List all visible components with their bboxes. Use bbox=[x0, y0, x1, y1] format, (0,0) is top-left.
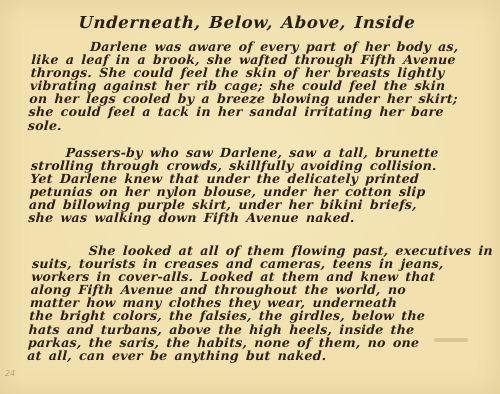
page-number: 24 bbox=[5, 369, 15, 378]
scan-smudge bbox=[434, 338, 468, 342]
text-line: and billowing purple skirt, under her bi… bbox=[29, 198, 474, 211]
manuscript-page: Underneath, Below, Above, Inside Darlene… bbox=[0, 0, 500, 394]
text-line: sole. bbox=[28, 119, 473, 132]
text-line: at all, can ever be anything but naked. bbox=[27, 349, 472, 362]
paragraph-3: She looked at all of them flowing past, … bbox=[27, 244, 477, 362]
page-title: Underneath, Below, Above, Inside bbox=[60, 13, 435, 32]
text-line: she was walking down Fifth Avenue naked. bbox=[28, 211, 473, 224]
paragraph-1: Darlene was aware of every part of her b… bbox=[28, 40, 477, 132]
text-line: parkas, the saris, the habits, none of t… bbox=[28, 336, 473, 349]
text-line: the bright colors, the falsies, the gird… bbox=[29, 310, 474, 323]
text-line: hats and turbans, above the high heels, … bbox=[28, 323, 473, 336]
text-line: she could feel a tack in her sandal irri… bbox=[28, 105, 473, 118]
text-line: strolling through crowds, skillfully avo… bbox=[31, 159, 476, 172]
text-line: petunias on her nylon blouse, under her … bbox=[29, 185, 474, 198]
text-line: Passers-by who saw Darlene, saw a tall, … bbox=[31, 146, 476, 159]
text-line: Yet Darlene knew that under the delicate… bbox=[30, 172, 475, 185]
paragraph-2: Passers-by who saw Darlene, saw a tall, … bbox=[28, 146, 476, 225]
